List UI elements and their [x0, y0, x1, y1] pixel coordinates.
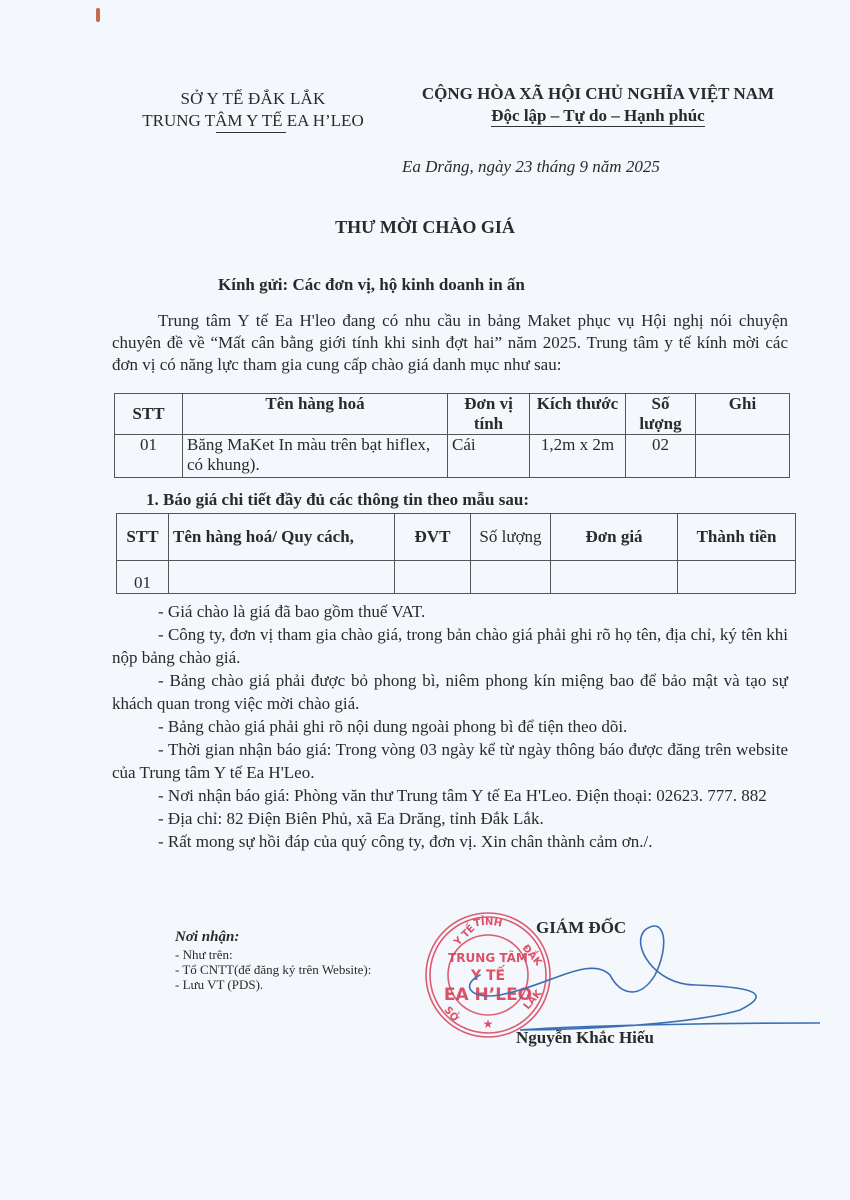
cell-qty: [471, 561, 551, 594]
col-unit: Đơn vị tính: [448, 394, 530, 435]
col-stt: STT: [115, 394, 183, 435]
recipient-item: - Lưu VT (PDS).: [175, 977, 371, 992]
note-item: - Công ty, đơn vị tham gia chào giá, tro…: [112, 623, 788, 669]
cell-unit: [395, 561, 471, 594]
greeting: Kính gửi: Các đơn vị, hộ kinh doanh in ấ…: [218, 275, 525, 295]
cell-size: 1,2m x 2m: [530, 435, 626, 478]
note-item: - Nơi nhận báo giá: Phòng văn thư Trung …: [112, 784, 788, 807]
items-table: STT Tên hàng hoá Đơn vị tính Kích thước …: [114, 393, 790, 478]
national-title: CỘNG HÒA XÃ HỘI CHỦ NGHĨA VIỆT NAM: [398, 83, 798, 105]
cell-stt: 01: [117, 561, 169, 594]
col-note: Ghi: [696, 394, 790, 435]
agency-parent: SỞ Y TẾ ĐẮK LẮK: [112, 88, 394, 110]
col-price: Đơn giá: [551, 514, 678, 561]
col-name: Tên hàng hoá: [183, 394, 448, 435]
national-header: CỘNG HÒA XÃ HỘI CHỦ NGHĨA VIỆT NAM Độc l…: [398, 83, 798, 127]
cell-note: [696, 435, 790, 478]
table-row: 01 Băng MaKet In màu trên bạt hiflex, có…: [115, 435, 790, 478]
document-page: SỞ Y TẾ ĐẮK LẮK TRUNG TÂM Y TẾ EA H’LEO …: [0, 0, 850, 1200]
recipients-heading: Nơi nhận:: [175, 930, 371, 945]
recipient-item: - Như trên:: [175, 947, 371, 962]
recipients-block: Nơi nhận: - Như trên: - Tổ CNTT(để đăng …: [175, 930, 371, 992]
cell-name: [169, 561, 395, 594]
note-item: - Giá chào là giá đã bao gồm thuế VAT.: [112, 600, 788, 623]
col-size: Kích thước: [530, 394, 626, 435]
note-item: - Địa chỉ: 82 Điện Biên Phủ, xã Ea Drăng…: [112, 807, 788, 830]
cell-unit: Cái: [448, 435, 530, 478]
notes-list: - Giá chào là giá đã bao gồm thuế VAT. -…: [112, 600, 788, 853]
col-unit: ĐVT: [395, 514, 471, 561]
col-stt: STT: [117, 514, 169, 561]
col-name: Tên hàng hoá/ Quy cách,: [169, 514, 395, 561]
items-table-header: STT Tên hàng hoá Đơn vị tính Kích thước …: [115, 394, 790, 435]
section-heading: 1. Báo giá chi tiết đầy đủ các thông tin…: [146, 490, 529, 510]
agency-header: SỞ Y TẾ ĐẮK LẮK TRUNG TÂM Y TẾ EA H’LEO: [112, 88, 394, 132]
cell-name: Băng MaKet In màu trên bạt hiflex, có kh…: [183, 435, 448, 478]
table-row: 01: [117, 561, 796, 594]
document-title: THƯ MỜI CHÀO GIÁ: [0, 217, 850, 238]
col-qty: Số lượng: [471, 514, 551, 561]
recipient-item: - Tổ CNTT(để đăng ký trên Website):: [175, 962, 371, 977]
agency-underline: [216, 132, 286, 133]
note-item: - Bảng chào giá phải ghi rõ nội dung ngo…: [112, 715, 788, 738]
col-qty: Số lượng: [626, 394, 696, 435]
cell-price: [551, 561, 678, 594]
date-line: Ea Drăng, ngày 23 tháng 9 năm 2025: [402, 157, 660, 177]
ink-mark: [96, 8, 100, 22]
note-item: - Rất mong sự hồi đáp của quý công ty, đ…: [112, 830, 788, 853]
quote-table: STT Tên hàng hoá/ Quy cách, ĐVT Số lượng…: [116, 513, 796, 594]
note-item: - Thời gian nhận báo giá: Trong vòng 03 …: [112, 738, 788, 784]
national-motto: Độc lập – Tự do – Hạnh phúc: [491, 106, 704, 127]
cell-total: [678, 561, 796, 594]
intro-paragraph: Trung tâm Y tế Ea H'leo đang có nhu cầu …: [112, 310, 788, 376]
quote-table-header: STT Tên hàng hoá/ Quy cách, ĐVT Số lượng…: [117, 514, 796, 561]
signature-scribble-icon: [440, 895, 820, 1045]
signer-name: Nguyễn Khắc Hiếu: [516, 1028, 654, 1048]
cell-qty: 02: [626, 435, 696, 478]
col-total: Thành tiền: [678, 514, 796, 561]
cell-stt: 01: [115, 435, 183, 478]
agency-name: TRUNG TÂM Y TẾ EA H’LEO: [112, 110, 394, 132]
note-item: - Bảng chào giá phải được bỏ phong bì, n…: [112, 669, 788, 715]
